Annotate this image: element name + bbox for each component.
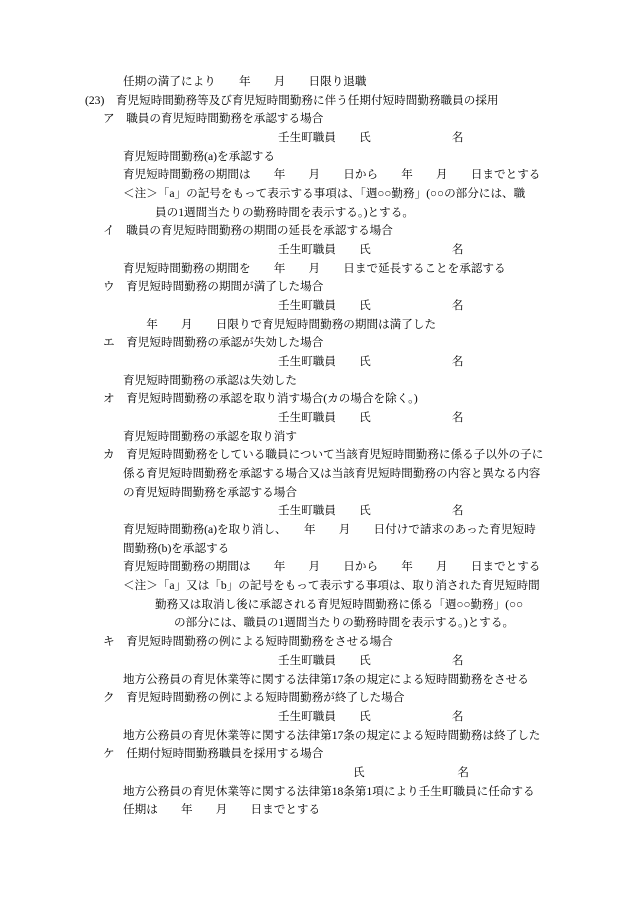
document-line: (23) 育児短時間勤務等及び育児短時間勤務に伴う任期付短時間勤務職員の採用	[0, 92, 630, 111]
document-line: の育児短時間勤務を承認する場合	[0, 484, 630, 503]
document-line: 勤務又は取消し後に承認される育児短時間勤務に係る「週○○勤務」(○○	[0, 596, 630, 615]
document-line: ア 職員の育児短時間勤務を承認する場合	[0, 110, 630, 129]
document-line: 係る育児短時間勤務を承認する場合又は当該育児短時間勤務の内容と異なる内容	[0, 465, 630, 484]
document-line: 壬生町職員 氏 名	[0, 241, 630, 260]
document-line: 壬生町職員 氏 名	[0, 409, 630, 428]
document-line: ク 育児短時間勤務の例による短時間勤務が終了した場合	[0, 689, 630, 708]
document-line: イ 職員の育児短時間勤務の期間の延長を承認する場合	[0, 222, 630, 241]
document-line: 壬生町職員 氏 名	[0, 129, 630, 148]
document-line: 壬生町職員 氏 名	[0, 353, 630, 372]
document-line: 育児短時間勤務の期間は 年 月 日から 年 月 日までとする	[0, 166, 630, 185]
document-line: 年 月 日限りで育児短時間勤務の期間は満了した	[0, 316, 630, 335]
document-line: 育児短時間勤務の承認は失効した	[0, 372, 630, 391]
document-line: ウ 育児短時間勤務の期間が満了した場合	[0, 278, 630, 297]
document-line: 地方公務員の育児休業等に関する法律第17条の規定による短時間勤務をさせる	[0, 671, 630, 690]
document-line: オ 育児短時間勤務の承認を取り消す場合(カの場合を除く。)	[0, 390, 630, 409]
document-line: 氏 名	[0, 764, 630, 783]
document-line: カ 育児短時間勤務をしている職員について当該育児短時間勤務に係る子以外の子に	[0, 446, 630, 465]
document-text: 任期の満了により 年 月 日限り退職(23) 育児短時間勤務等及び育児短時間勤務…	[0, 73, 630, 820]
document-line: 育児短時間勤務の期間を 年 月 日まで延長することを承認する	[0, 260, 630, 279]
document-line: キ 育児短時間勤務の例による短時間勤務をさせる場合	[0, 633, 630, 652]
document-page: 任期の満了により 年 月 日限り退職(23) 育児短時間勤務等及び育児短時間勤務…	[0, 0, 630, 903]
document-line: ケ 任期付短時間勤務職員を採用する場合	[0, 745, 630, 764]
document-line: 員の1週間当たりの勤務時間を表示する。)とする。	[0, 204, 630, 223]
document-line: ＜注＞「a」の記号をもって表示する事項は、「週○○勤務」(○○の部分には、職	[0, 185, 630, 204]
document-line: ＜注＞「a」又は「b」の記号をもって表示する事項は、取り消された育児短時間	[0, 577, 630, 596]
document-line: 地方公務員の育児休業等に関する法律第17条の規定による短時間勤務は終了した	[0, 727, 630, 746]
document-line: 育児短時間勤務の期間は 年 月 日から 年 月 日までとする	[0, 558, 630, 577]
document-line: エ 育児短時間勤務の承認が失効した場合	[0, 334, 630, 353]
document-line: 育児短時間勤務(a)を承認する	[0, 148, 630, 167]
document-line: 任期の満了により 年 月 日限り退職	[0, 73, 630, 92]
document-line: 任期は 年 月 日までとする	[0, 801, 630, 820]
document-line: 壬生町職員 氏 名	[0, 652, 630, 671]
document-line: 地方公務員の育児休業等に関する法律第18条第1項により壬生町職員に任命する	[0, 783, 630, 802]
document-line: 壬生町職員 氏 名	[0, 708, 630, 727]
document-line: 育児短時間勤務(a)を取り消し、 年 月 日付けで請求のあった育児短時	[0, 521, 630, 540]
document-line: 壬生町職員 氏 名	[0, 502, 630, 521]
document-line: 壬生町職員 氏 名	[0, 297, 630, 316]
document-line: 育児短時間勤務の承認を取り消す	[0, 428, 630, 447]
document-line: 間勤務(b)を承認する	[0, 540, 630, 559]
document-line: の部分には、職員の1週間当たりの勤務時間を表示する。)とする。	[0, 614, 630, 633]
